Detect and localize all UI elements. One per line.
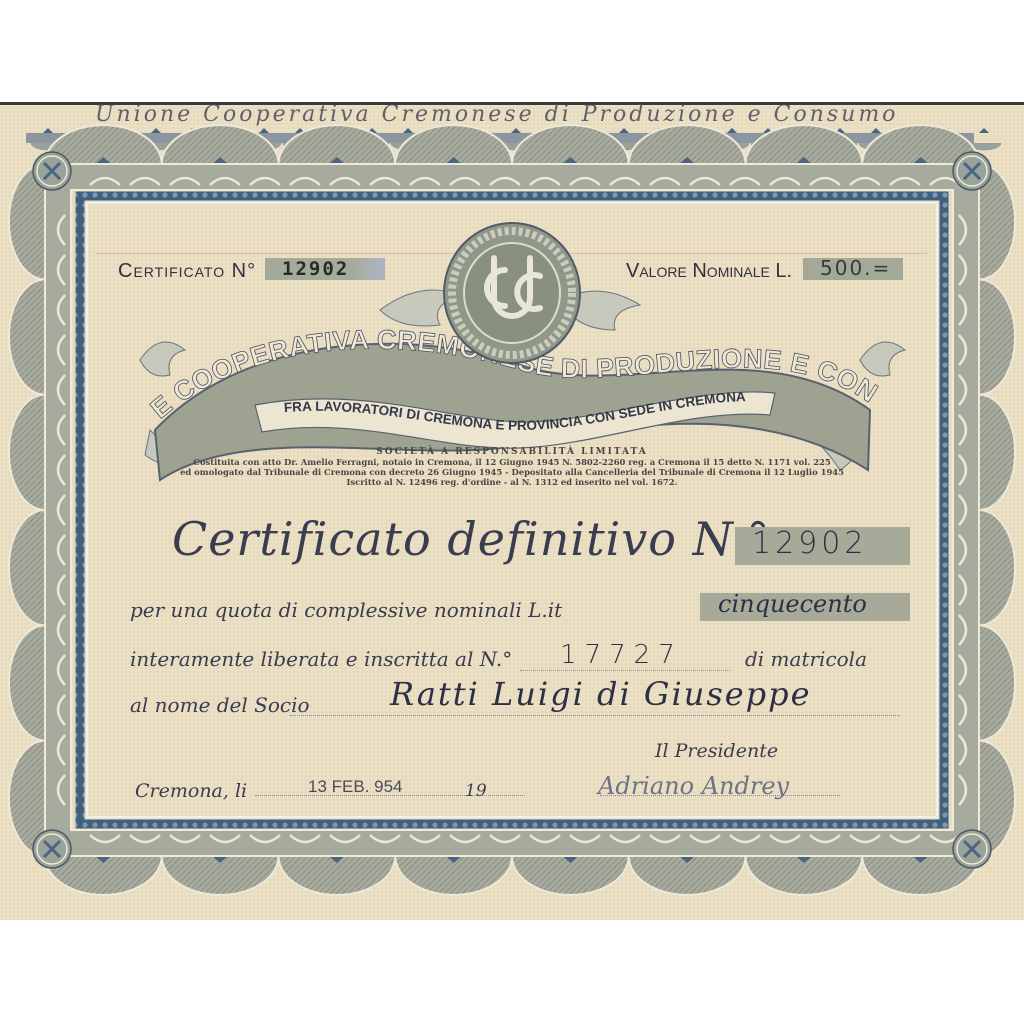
president-signature: Adriano Andrey xyxy=(598,772,789,800)
quota-amount: cinquecento xyxy=(718,590,867,618)
dotted-line xyxy=(520,670,730,671)
matricola-label: di matricola xyxy=(745,647,867,671)
legal-line-2: ed omologato dal Tribunale di Cremona co… xyxy=(0,467,1024,477)
legal-form: SOCIETÀ A RESPONSABILITÀ LIMITATA xyxy=(0,447,1024,457)
certificate-title: Certificato definitivo N.° xyxy=(172,512,771,566)
dotted-line xyxy=(290,715,900,716)
socio-label: al nome del Socio xyxy=(130,693,310,717)
matricola-number: 17727 xyxy=(560,640,683,670)
legal-line-1: Costituita con atto Dr. Amelio Ferragni,… xyxy=(0,457,1024,467)
legal-line-3: Iscritto al N. 12496 reg. d'ordine - al … xyxy=(0,477,1024,487)
logo-monogram: UCC xyxy=(511,299,514,301)
signatory-title: Il Presidente xyxy=(655,740,778,762)
place-label: Cremona, li xyxy=(135,780,247,802)
date-stamp: 13 FEB. 954 xyxy=(308,777,403,797)
socio-name: Ratti Luigi di Giuseppe xyxy=(390,675,812,713)
liberata-label: interamente liberata e inscritta al N.° xyxy=(130,647,512,671)
quota-label: per una quota di complessive nominali L.… xyxy=(130,598,562,622)
definitive-number: 12902 xyxy=(752,526,867,561)
year-prefix: 19 xyxy=(465,781,487,801)
